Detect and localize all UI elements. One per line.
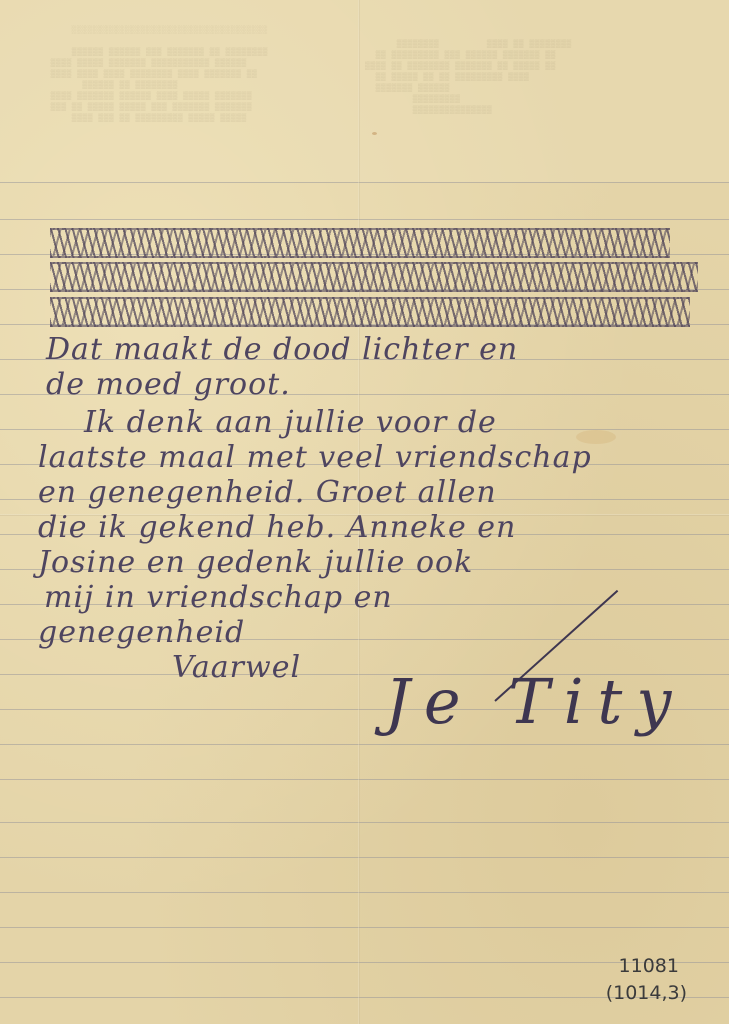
body-line-1: Dat maakt de dood lichter en bbox=[46, 332, 518, 367]
body-line-3: Ik denk aan jullie voor de bbox=[84, 405, 497, 440]
letterhead-bleed-left: ░░░░░░░░░░░░░░░░░░░░░░░░░░░░░░░░░░░░░ ▒▒… bbox=[40, 14, 268, 135]
ruled-line bbox=[0, 927, 729, 928]
body-line-5: en genegenheid. Groet allen bbox=[38, 475, 497, 510]
ruled-line bbox=[0, 219, 729, 220]
body-line-2: de moed groot. bbox=[46, 367, 291, 402]
ruled-line bbox=[0, 182, 729, 183]
crossed-out-line-1 bbox=[50, 228, 670, 258]
crossed-out-line-2 bbox=[50, 262, 698, 292]
ruled-line bbox=[0, 892, 729, 893]
stain bbox=[372, 132, 377, 135]
body-line-9: genegenheid bbox=[38, 615, 245, 650]
letterhead-area: ░░░░░░░░░░░░░░░░░░░░░░░░░░░░░░░░░░░░░ ▒▒… bbox=[0, 0, 729, 182]
archive-number-line2: (1014,3) bbox=[606, 982, 687, 1004]
body-line-4: laatste maal met veel vriendschap bbox=[38, 440, 592, 475]
ruled-line bbox=[0, 857, 729, 858]
ruled-line bbox=[0, 779, 729, 780]
closing-text: Vaarwel bbox=[172, 650, 301, 685]
body-line-7: Josine en gedenk jullie ook bbox=[38, 545, 473, 580]
body-line-6: die ik gekend heb. Anneke en bbox=[38, 510, 516, 545]
letter-sheet: ░░░░░░░░░░░░░░░░░░░░░░░░░░░░░░░░░░░░░ ▒▒… bbox=[0, 0, 729, 1024]
body-line-8: mij in vriendschap en bbox=[44, 580, 393, 615]
ruled-line bbox=[0, 744, 729, 745]
crossed-out-line-3 bbox=[50, 297, 690, 327]
ruled-line bbox=[0, 822, 729, 823]
archive-number-line1: 11081 bbox=[619, 955, 679, 977]
signature: Je Tity bbox=[385, 665, 685, 738]
letterhead-bleed-right: ▒▒▒▒▒▒▒▒ ▒▒▒▒ ▒▒ ▒▒▒▒▒▒▒▒ ▒▒ ▒▒▒▒▒▒▒▒▒ ▒… bbox=[365, 28, 572, 127]
